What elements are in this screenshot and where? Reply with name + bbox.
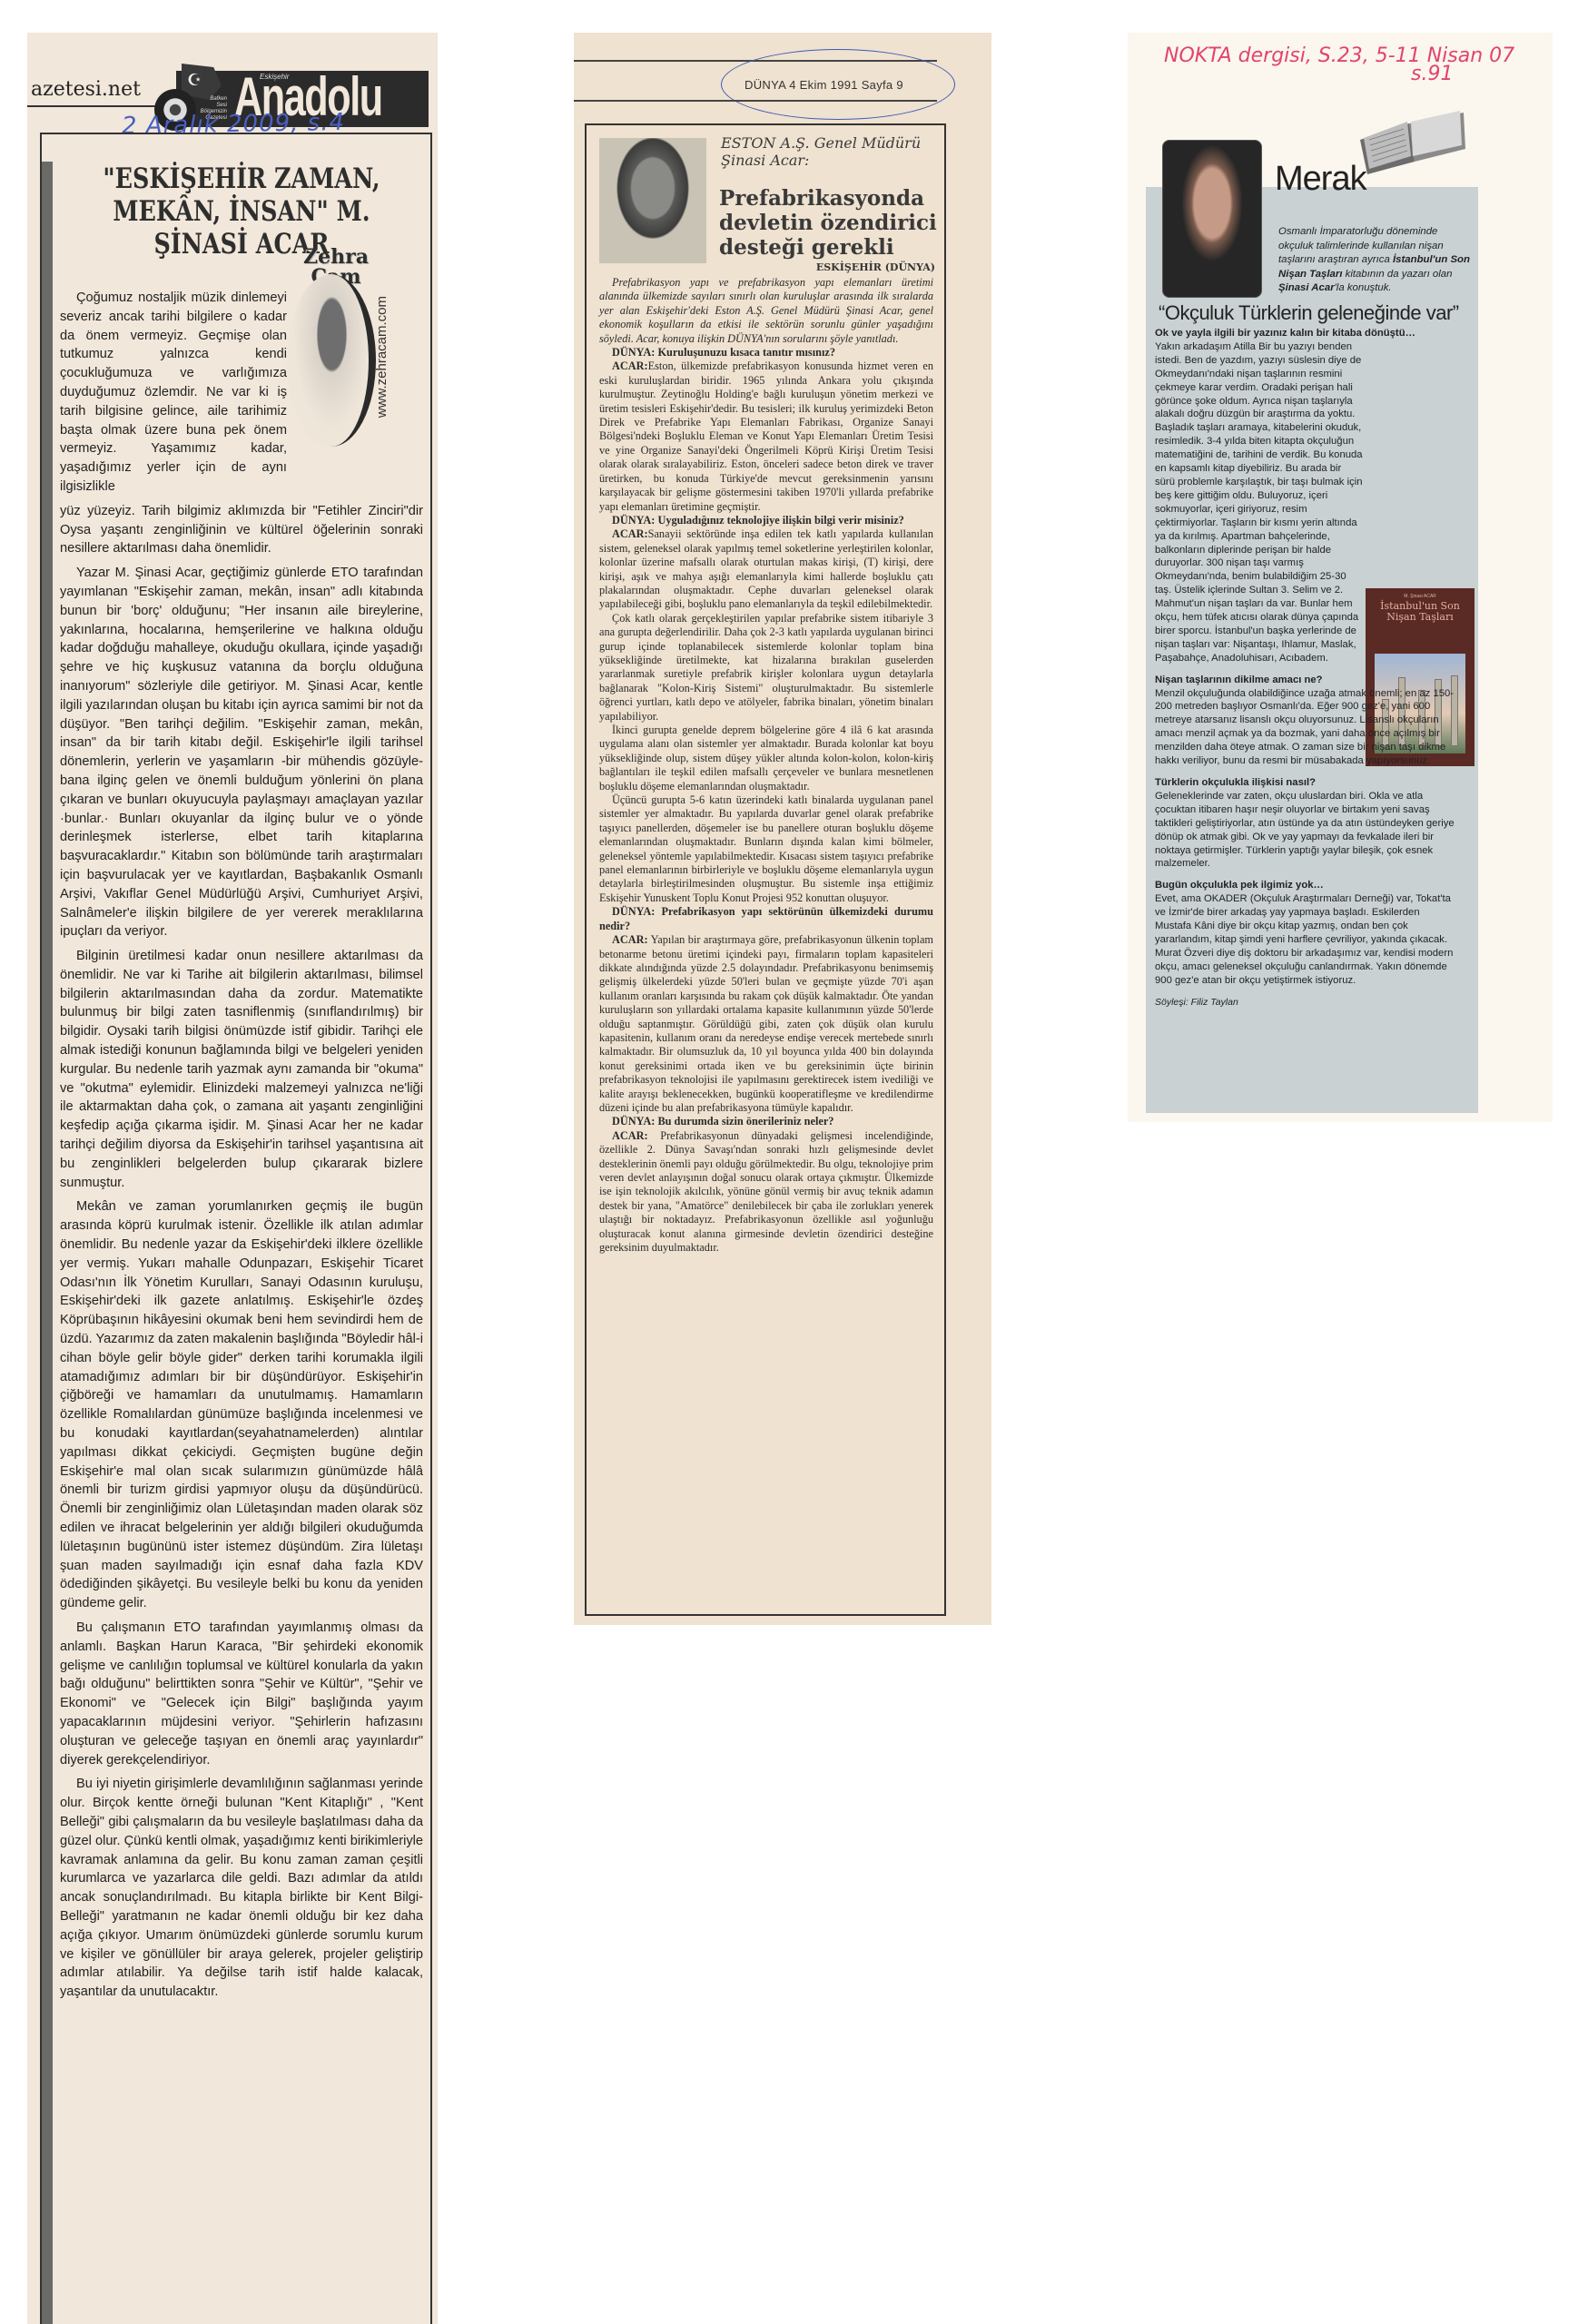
lead-paragraph: Prefabrikasyon yapı ve prefabrikasyon ya…: [599, 276, 933, 346]
dunya-newspaper-clipping: DÜNYA 4 Ekim 1991 Sayfa 9 ESTON A.Ş. Gen…: [574, 33, 991, 1625]
answer-label: ACAR:: [612, 359, 648, 372]
open-book-icon: [1355, 103, 1469, 180]
column-side-bar: [42, 162, 53, 2324]
answer-label: ACAR:: [612, 1129, 648, 1142]
section-title: Merak: [1275, 160, 1366, 199]
paragraph: Bu çalışmanın ETO tarafından yayımlanmış…: [60, 1619, 423, 1769]
nokta-magazine-clipping: NOKTA dergisi, S.23, 5-11 Nisan 07 s.91 …: [1128, 33, 1553, 1122]
pen-circle-annotation: [721, 49, 955, 120]
interview-question: DÜNYA: Kuruluşunuzu kısaca tanıtır mısın…: [599, 346, 933, 359]
article-box: ESTON A.Ş. Genel Müdürü Şinasi Acar: Pre…: [585, 123, 946, 1616]
article-byline: ESKİŞEHİR (DÜNYA): [768, 261, 935, 273]
qa-block: Ok ve yayla ilgili bir yazınız kalın bir…: [1155, 327, 1458, 665]
article-kicker: ESTON A.Ş. Genel Müdürü Şinasi Acar:: [721, 134, 939, 169]
paragraph: yüz yüzeyiz. Tarih bilgimiz aklımızda bi…: [60, 502, 423, 558]
interview-question: DÜNYA: Prefabrikasyon yapı sektörünün ül…: [599, 905, 933, 933]
interview-question: Nişan taşlarının dikilme amacı ne?: [1155, 674, 1458, 687]
interview-question: Ok ve yayla ilgili bir yazınız kalın bir…: [1155, 327, 1458, 340]
site-url-fragment: azetesi.net: [31, 78, 141, 101]
interviewer-credit: Söyleşi: Filiz Taylan: [1155, 996, 1458, 1009]
interview-answer: ACAR:Sanayii sektöründe inşa edilen tek …: [599, 527, 933, 611]
paragraph: Çoğumuz nostaljik müzik dinlemeyi severi…: [60, 289, 287, 497]
interview-answer: ACAR: Prefabrikasyonun dünyadaki gelişme…: [599, 1129, 933, 1256]
paragraph: Bilginin üretilmesi kadar onun nesillere…: [60, 947, 423, 1192]
article-body: Çoğumuz nostaljik müzik dinlemeyi severi…: [60, 289, 423, 2007]
interview-answer: Menzil okçuluğunda olabildiğince uzağa a…: [1155, 688, 1454, 767]
article-box: "ESKİŞEHİR ZAMAN, MEKÂN, İNSAN" M. ŞİNAS…: [40, 133, 432, 2324]
answer-label: ACAR:: [612, 527, 648, 540]
interviewee-name: Şinasi Acar: [1278, 282, 1335, 293]
interview-answer: Geleneklerinde var zaten, okçu uluslarda…: [1155, 791, 1455, 870]
answer-label: ACAR:: [612, 933, 648, 946]
paragraph: Yazar M. Şinasi Acar, geçtiğimiz günlerd…: [60, 564, 423, 941]
interview-answer: ACAR: Yapılan bir araştırmaya göre, pref…: [599, 933, 933, 1115]
interview-answer: Evet, ama OKADER (Okçuluk Araştırmaları …: [1155, 893, 1453, 985]
paragraph: Mekân ve zaman yorumlanırken geçmiş ile …: [60, 1197, 423, 1613]
interview-answer-cont: Çok katlı olarak gerçekleştirilen yapıla…: [599, 612, 933, 724]
interview-question: Bugün okçulukla pek ilgimiz yok…: [1155, 879, 1458, 892]
intro-text: Osmanlı İmparatorluğu döneminde okçuluk …: [1278, 225, 1471, 296]
interview-question: DÜNYA: Bu durumda sizin önerileriniz nel…: [599, 1115, 933, 1128]
crescent-star-icon: ☪: [187, 71, 202, 90]
paragraph: Bu iyi niyetin girişimlerle devamlılığın…: [60, 1775, 423, 2002]
article-body: Prefabrikasyon yapı ve prefabrikasyon ya…: [599, 276, 933, 1255]
qa-block: Nişan taşlarının dikilme amacı ne? Menzi…: [1155, 674, 1458, 768]
qa-block: Bugün okçulukla pek ilgimiz yok… Evet, a…: [1155, 879, 1458, 987]
interview-question: Türklerin okçulukla ilişkisi nasıl?: [1155, 776, 1458, 790]
interview-body: Ok ve yayla ilgili bir yazınız kalın bir…: [1155, 327, 1458, 1018]
qa-block: Türklerin okçulukla ilişkisi nasıl? Gele…: [1155, 776, 1458, 871]
article-title: “Okçuluk Türklerin geleneğinde var”: [1159, 301, 1459, 325]
interview-answer-cont: Üçüncü gurupta 5-6 katın üzerindeki katl…: [599, 793, 933, 905]
interview-question: DÜNYA: Uyguladığınız teknolojiye ilişkin…: [599, 514, 933, 527]
interview-answer: Yakın arkadaşım Atilla Bir bu yazıyı ben…: [1155, 340, 1364, 665]
interview-answer-cont: İkinci gurupta genelde deprem bölgelerin…: [599, 724, 933, 793]
interviewee-photo: [1162, 140, 1262, 298]
article-headline: Prefabrikasyonda devletin özendirici des…: [719, 186, 946, 260]
interviewee-photo: [599, 138, 706, 263]
interview-answer: ACAR:Eston, ülkemizde prefabrikasyon kon…: [599, 359, 933, 513]
handwritten-source-note: NOKTA dergisi, S.23, 5-11 Nisan 07 s.91: [1164, 47, 1514, 84]
anadolu-newspaper-clipping: azetesi.net ☪ Bafken Sesi Bölgemizin Gaz…: [27, 33, 438, 2324]
header-rule: [574, 100, 937, 102]
